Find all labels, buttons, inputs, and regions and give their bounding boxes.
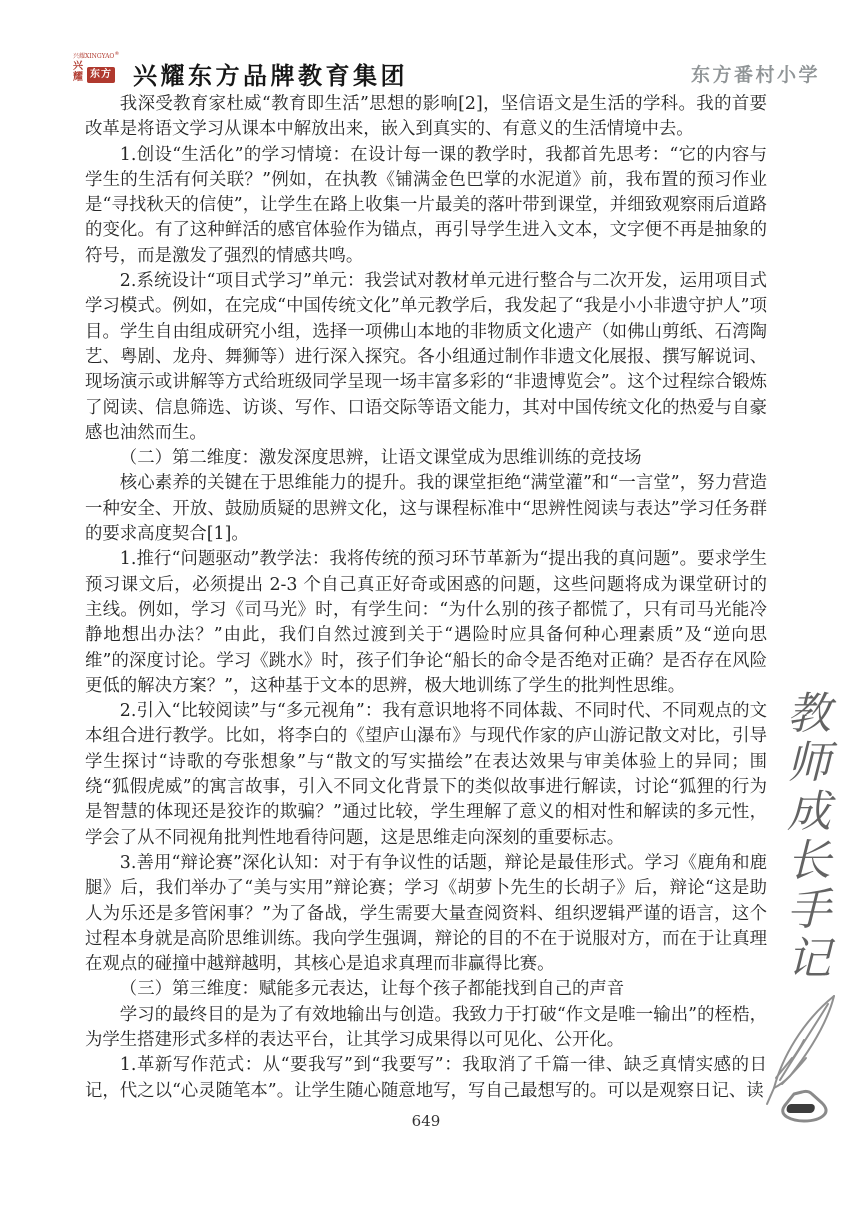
section-heading: （二）第二维度：激发深度思辨，让语文课堂成为思维训练的竞技场 xyxy=(85,446,767,471)
school-name: 东方番村小学 xyxy=(691,60,820,87)
brand-logo: 兴耀XINGYAO® 兴耀 东方 xyxy=(73,52,129,94)
brand-logo-top-text: 兴耀XINGYAO® xyxy=(73,52,129,60)
brand-seal: 兴耀 东方 xyxy=(73,62,129,83)
paragraph: 1.革新写作范式：从“要我写”到“我要写”：我取消了千篇一律、缺乏真情实感的日记… xyxy=(85,1053,767,1104)
page-number: 649 xyxy=(85,1112,767,1130)
document-page: 兴耀XINGYAO® 兴耀 东方 兴耀东方品牌教育集团 东方番村小学 我深受教育… xyxy=(0,0,850,1205)
brand-seal-left-text: 兴耀 xyxy=(73,62,85,83)
vertical-calligraphy-title: 教师成长手记 xyxy=(782,690,826,984)
document-body: 我深受教育家杜威“教育即生活”思想的影响[2]，坚信语文是生活的学科。我的首要改… xyxy=(85,92,767,1104)
paragraph: 3.善用“辩论赛”深化认知：对于有争议性的话题，辩论是最佳形式。学习《鹿角和鹿腿… xyxy=(85,851,767,977)
paragraph: 我深受教育家杜威“教育即生活”思想的影响[2]，坚信语文是生活的学科。我的首要改… xyxy=(85,92,767,143)
section-heading: （三）第三维度：赋能多元表达，让每个孩子都能找到自己的声音 xyxy=(85,977,767,1002)
paragraph: 2.系统设计“项目式学习”单元：我尝试对教材单元进行整合与二次开发，运用项目式学… xyxy=(85,269,767,446)
paragraph: 学习的最终目的是为了有效地输出与创造。我致力于打破“作文是唯一输出”的桎梏，为学… xyxy=(85,1003,767,1054)
brand-seal-box-text: 东方 xyxy=(87,67,115,83)
paragraph: 1.创设“生活化”的学习情境：在设计每一课的教学时，我都首先思考：“它的内容与学… xyxy=(85,143,767,269)
paragraph: 1.推行“问题驱动”教学法：我将传统的预习环节革新为“提出我的真问题”。要求学生… xyxy=(85,547,767,699)
registered-mark: ® xyxy=(114,51,119,57)
quill-and-inkwell-icon xyxy=(758,990,850,1128)
paragraph: 核心素养的关键在于思维能力的提升。我的课堂拒绝“满堂灌”和“一言堂”，努力营造一… xyxy=(85,471,767,547)
organization-title: 兴耀东方品牌教育集团 xyxy=(133,56,408,91)
paragraph: 2.引入“比较阅读”与“多元视角”：我有意识地将不同体裁、不同时代、不同观点的文… xyxy=(85,699,767,851)
